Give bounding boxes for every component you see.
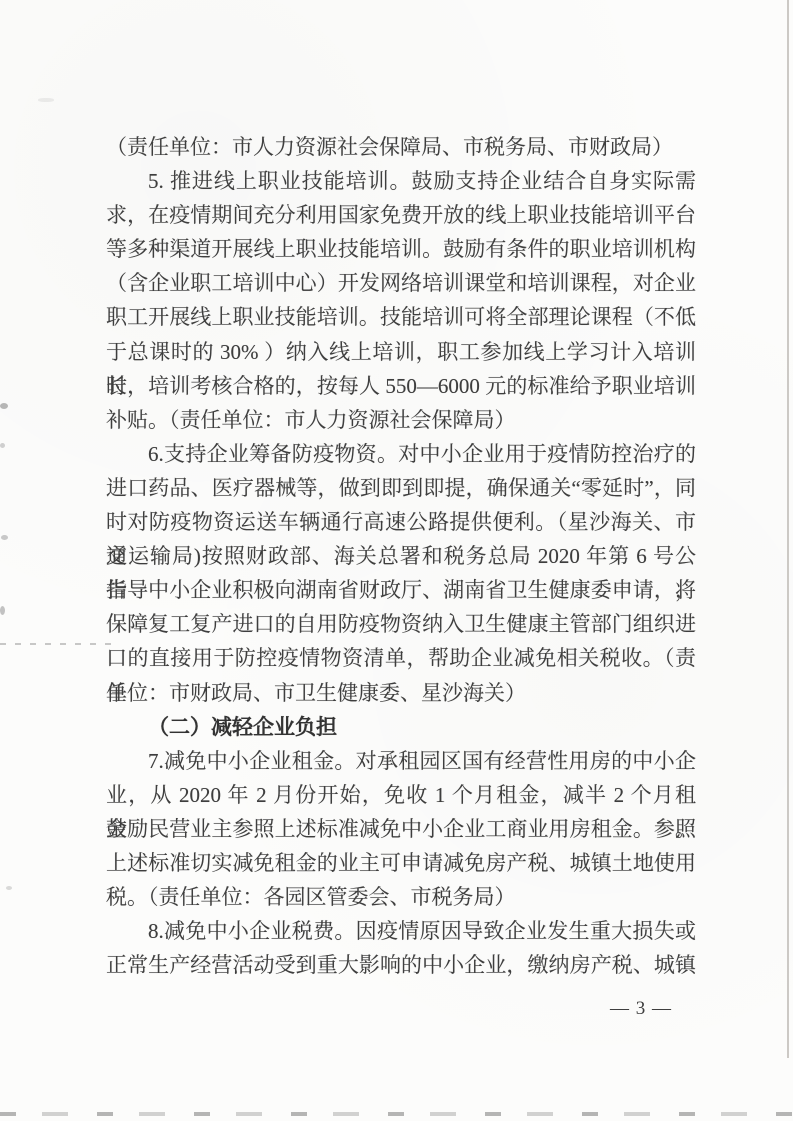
text-line: 税。（责任单位：各园区管委会、市税务局） [106,880,696,914]
text-line: 6.支持企业筹备防疫物资。对中小企业用于疫情防控治疗的 [106,437,696,471]
text-line: 单位：市财政局、市卫生健康委、星沙海关） [106,676,696,710]
text-line: 职工开展线上职业技能培训。技能培训可将全部理论课程（不低 [106,300,696,334]
text-line: 7.减免中小企业租金。对承租园区国有经营性用房的中小企 [106,744,696,778]
text-line: 8.减免中小企业税费。因疫情原因导致企业发生重大损失或 [106,914,696,948]
page-number: — 3 — [610,995,672,1023]
text-line: 指导中小企业积极向湖南省财政厅、湖南省卫生健康委申请，将 [106,573,696,607]
section-heading: （二）减轻企业负担 [106,710,696,744]
scan-smudge [0,643,112,645]
text-line: 补贴。（责任单位：市人力资源社会保障局） [106,403,696,437]
text-line: 求，在疫情期间充分利用国家免费开放的线上职业技能培训平台 [106,198,696,232]
text-line: 长，培训考核合格的，按每人 550—6000 元的标准给予职业培训 [106,369,696,403]
text-line: 5. 推进线上职业技能培训。鼓励支持企业结合自身实际需 [106,164,696,198]
scan-speck [0,443,5,448]
text-line: 保障复工复产进口的自用防疫物资纳入卫生健康主管部门组织进 [106,607,696,641]
text-line: 时对防疫物资运送车辆通行高速公路提供便利。（星沙海关、市交 [106,505,696,539]
text-line: 于总课时的 30% ）纳入线上培训，职工参加线上学习计入培训时 [106,335,696,369]
scanned-document-page: （责任单位：市人力资源社会保障局、市税务局、市财政局）5. 推进线上职业技能培训… [0,0,793,1121]
scan-speck [6,886,12,890]
text-line: 口的直接用于防控疫情物资清单，帮助企业减免相关税收。（责任 [106,641,696,675]
scan-edge-shadow [787,0,789,1058]
text-line: 等多种渠道开展线上职业技能培训。鼓励有条件的职业培训机构 [106,232,696,266]
text-line: 正常生产经营活动受到重大影响的中小企业，缴纳房产税、城镇 [106,948,696,982]
scan-speck [0,606,5,615]
text-line: 鼓励民营业主参照上述标准减免中小企业工商业用房租金。参照 [106,812,696,846]
text-line: 上述标准切实减免租金的业主可申请减免房产税、城镇土地使用 [106,846,696,880]
scan-speck [1,535,8,540]
scan-noise-band [0,1112,793,1116]
document-body: （责任单位：市人力资源社会保障局、市税务局、市财政局）5. 推进线上职业技能培训… [106,130,696,982]
text-line: 通运输局)按照财政部、海关总署和税务总局 2020 年第 6 号公告， [106,539,696,573]
text-line: 进口药品、医疗器械等，做到即到即提，确保通关“零延时”，同 [106,471,696,505]
text-line: （责任单位：市人力资源社会保障局、市税务局、市财政局） [106,130,696,164]
text-line: （含企业职工培训中心）开发网络培训课堂和培训课程，对企业 [106,266,696,300]
scan-speck [0,403,8,409]
scan-speck [38,98,54,102]
text-line: 业，从 2020 年 2 月份开始，免收 1 个月租金，减半 2 个月租金。 [106,778,696,812]
